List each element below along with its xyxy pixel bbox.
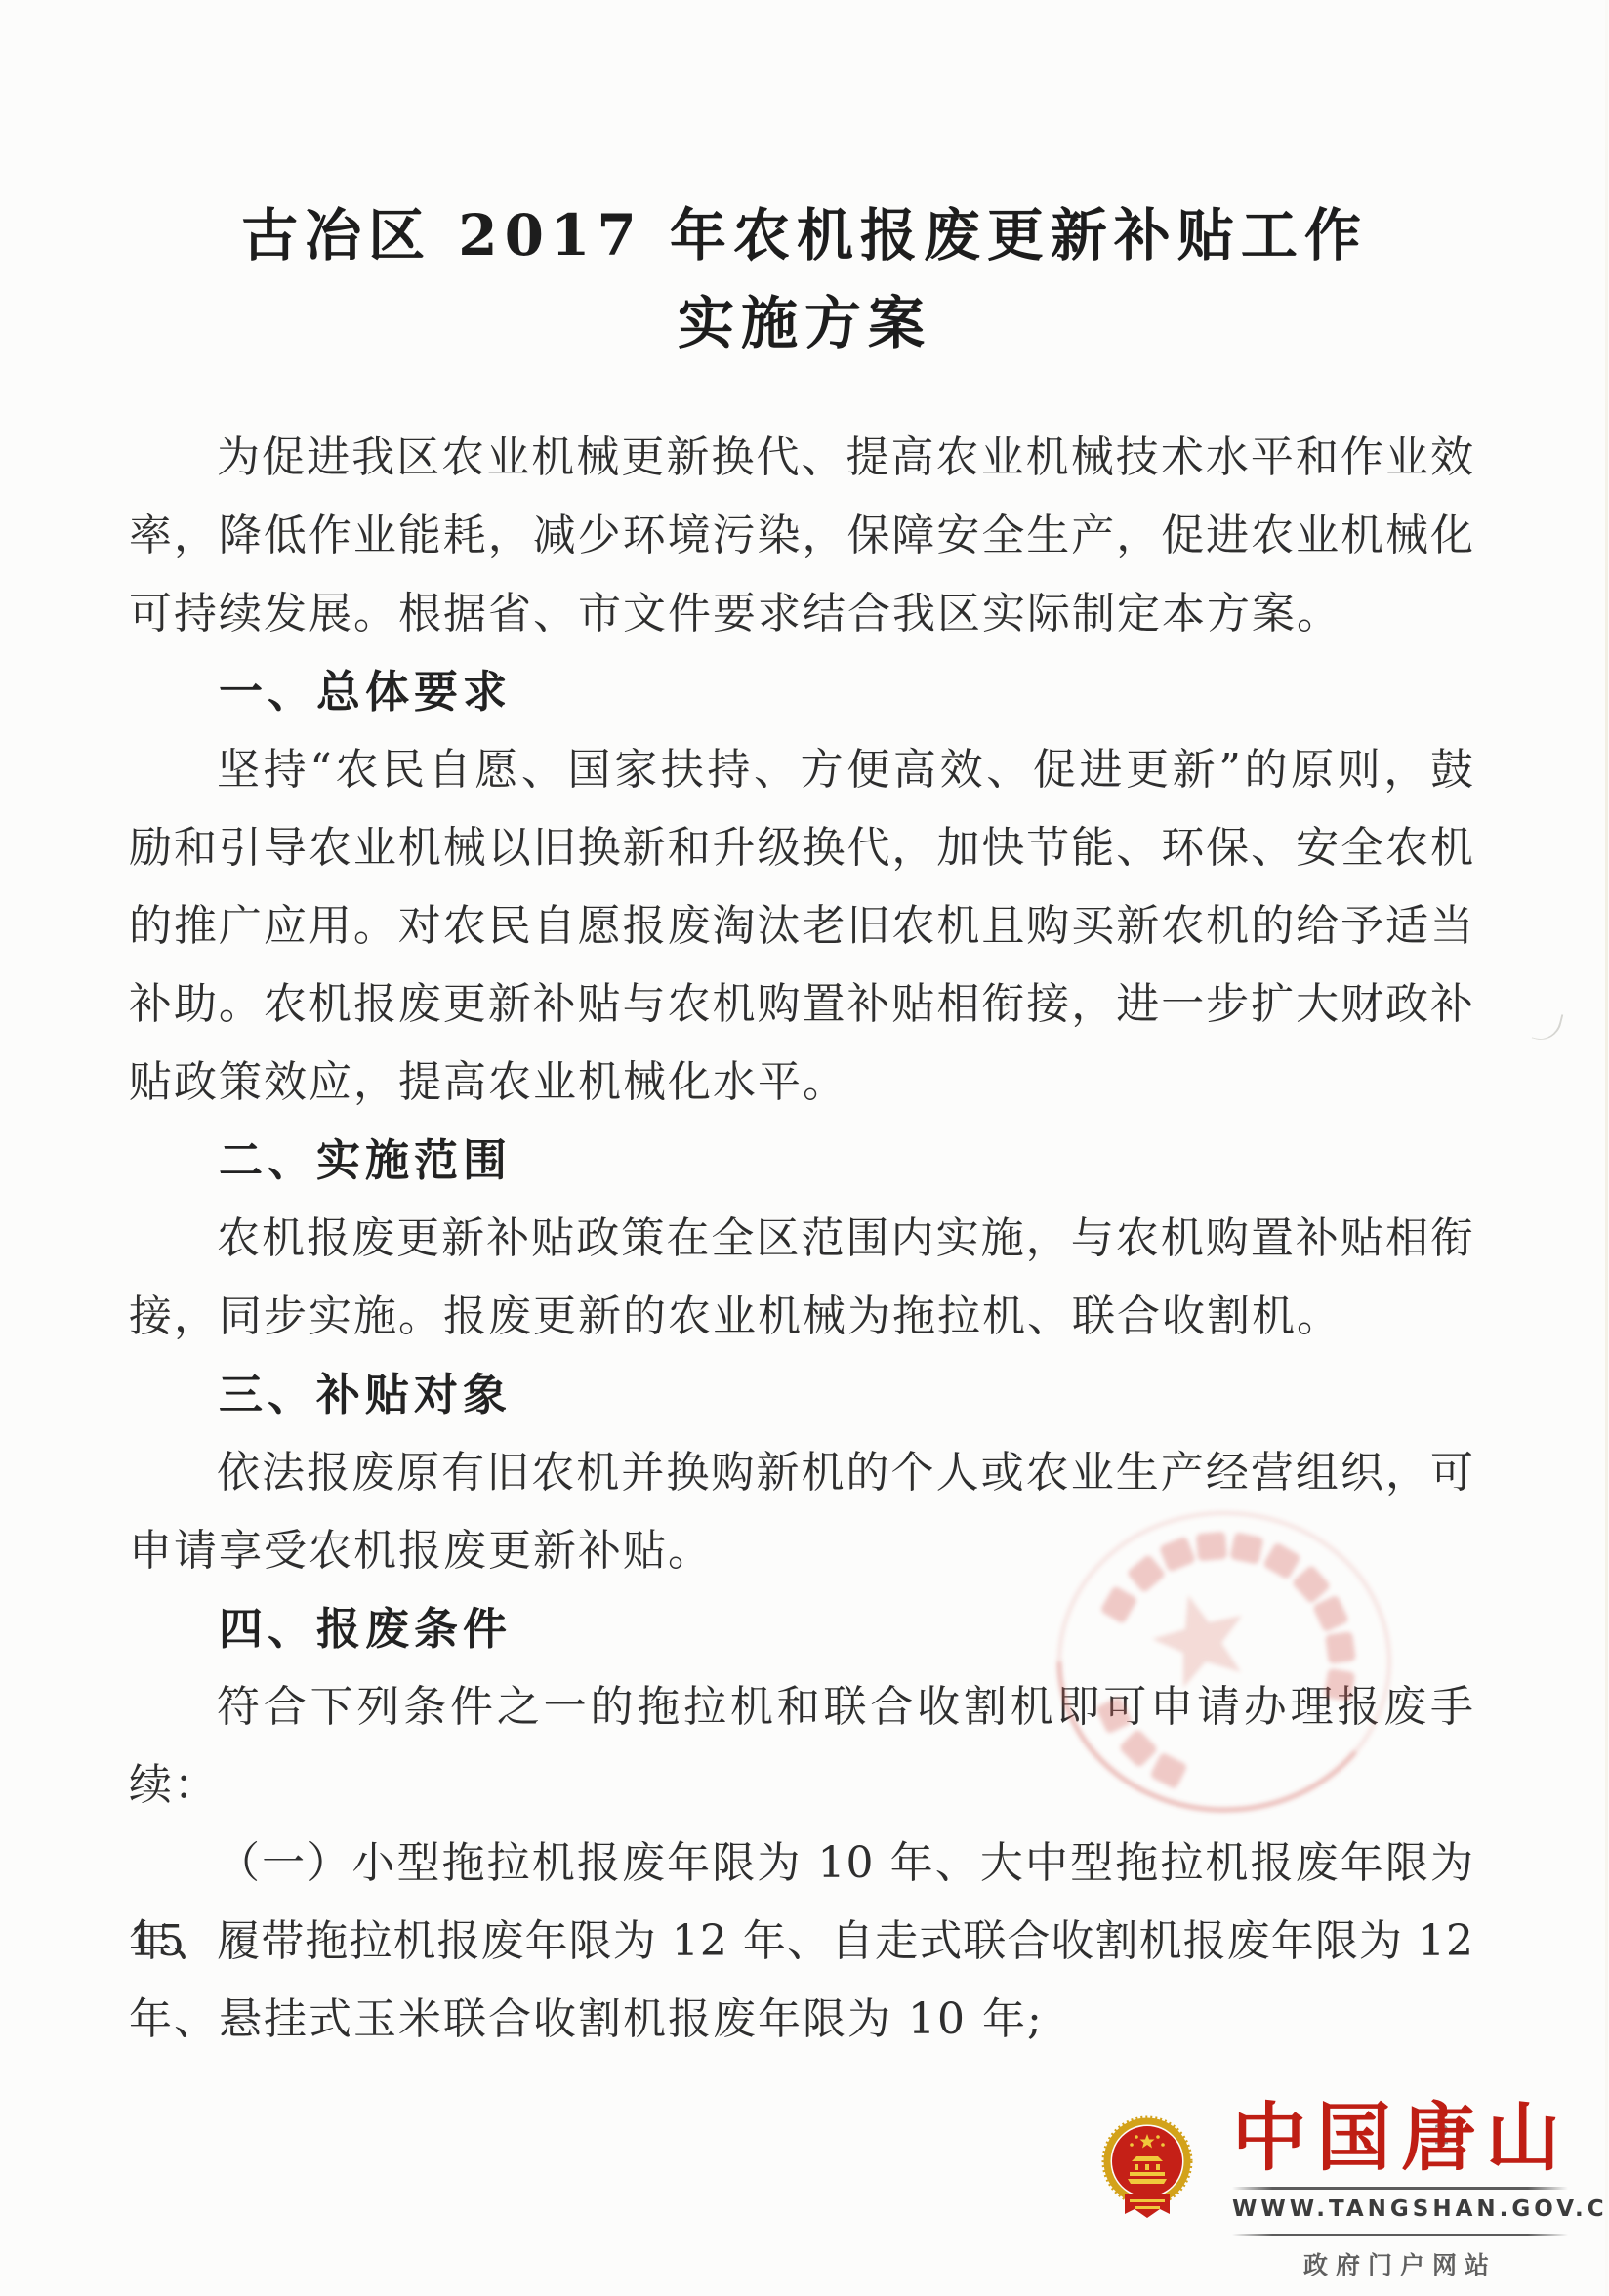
document-title-line2: 实施方案 xyxy=(0,279,1609,367)
text-line: 贴政策效应，提高农业机械化水平。 xyxy=(129,1044,1474,1122)
document-body: 为促进我区农业机械更新换代、提高农业机械技术水平和作业效 率，降低作业能耗，减少… xyxy=(129,419,1474,2059)
text-line: 的推广应用。对农民自愿报废淘汰老旧农机且购买新农机的给予适当 xyxy=(129,887,1474,965)
text-line: 符合下列条件之一的拖拉机和联合收割机即可申请办理报废手 xyxy=(129,1668,1474,1746)
document-page: 古冶区 2017 年农机报废更新补贴工作 实施方案 为促进我区农业机械更新换代、… xyxy=(0,0,1609,2296)
text-line: 申请享受农机报废更新补贴。 xyxy=(129,1512,1474,1590)
text-line: 续： xyxy=(129,1746,1474,1824)
national-emblem-icon xyxy=(1099,2111,1195,2230)
document-title: 古冶区 2017 年农机报废更新补贴工作 实施方案 xyxy=(0,191,1609,367)
text-line: 依法报废原有旧农机并换购新机的个人或农业生产经营组织，可 xyxy=(129,1434,1474,1512)
text-line: 为促进我区农业机械更新换代、提高农业机械技术水平和作业效 xyxy=(129,419,1474,497)
document-title-line1: 古冶区 2017 年农机报废更新补贴工作 xyxy=(0,191,1609,279)
site-url: WWW.TANGSHAN.GOV.CN xyxy=(1232,2190,1568,2228)
site-logo-block: 中国唐山 WWW.TANGSHAN.GOV.CN 政府门户网站 xyxy=(1232,2095,1568,2281)
text-line: 补助。农机报废更新补贴与农机购置补贴相衔接，进一步扩大财政补 xyxy=(129,965,1474,1044)
text-line: 年、悬挂式玉米联合收割机报废年限为 10 年; xyxy=(129,1981,1474,2059)
divider-line xyxy=(1232,2234,1568,2236)
section-heading: 二、实施范围 xyxy=(129,1122,1474,1200)
scan-edge-artifact xyxy=(1605,0,1608,2296)
text-line: （一）小型拖拉机报废年限为 10 年、大中型拖拉机报废年限为 15 xyxy=(129,1824,1474,1903)
text-line: 农机报废更新补贴政策在全区范围内实施，与农机购置补贴相衔 xyxy=(129,1200,1474,1278)
section-heading: 四、报废条件 xyxy=(129,1590,1474,1668)
site-brand-text: 中国唐山 xyxy=(1232,2095,1568,2181)
section-heading: 三、补贴对象 xyxy=(129,1356,1474,1434)
text-line: 坚持“农民自愿、国家扶持、方便高效、促进更新”的原则，鼓 xyxy=(129,731,1474,809)
text-line: 率，降低作业能耗，减少环境污染，保障安全生产，促进农业机械化 xyxy=(129,497,1474,575)
text-line: 可持续发展。根据省、市文件要求结合我区实际制定本方案。 xyxy=(129,575,1474,653)
section-heading: 一、总体要求 xyxy=(129,653,1474,731)
text-line: 接，同步实施。报废更新的农业机械为拖拉机、联合收割机。 xyxy=(129,1278,1474,1356)
text-line: 励和引导农业机械以旧换新和升级换代，加快节能、环保、安全农机 xyxy=(129,809,1474,887)
scan-fold-artifact xyxy=(1532,1008,1564,1044)
text-line: 年、履带拖拉机报废年限为 12 年、自走式联合收割机报废年限为 12 xyxy=(129,1903,1474,1981)
site-caption: 政府门户网站 xyxy=(1232,2246,1568,2281)
